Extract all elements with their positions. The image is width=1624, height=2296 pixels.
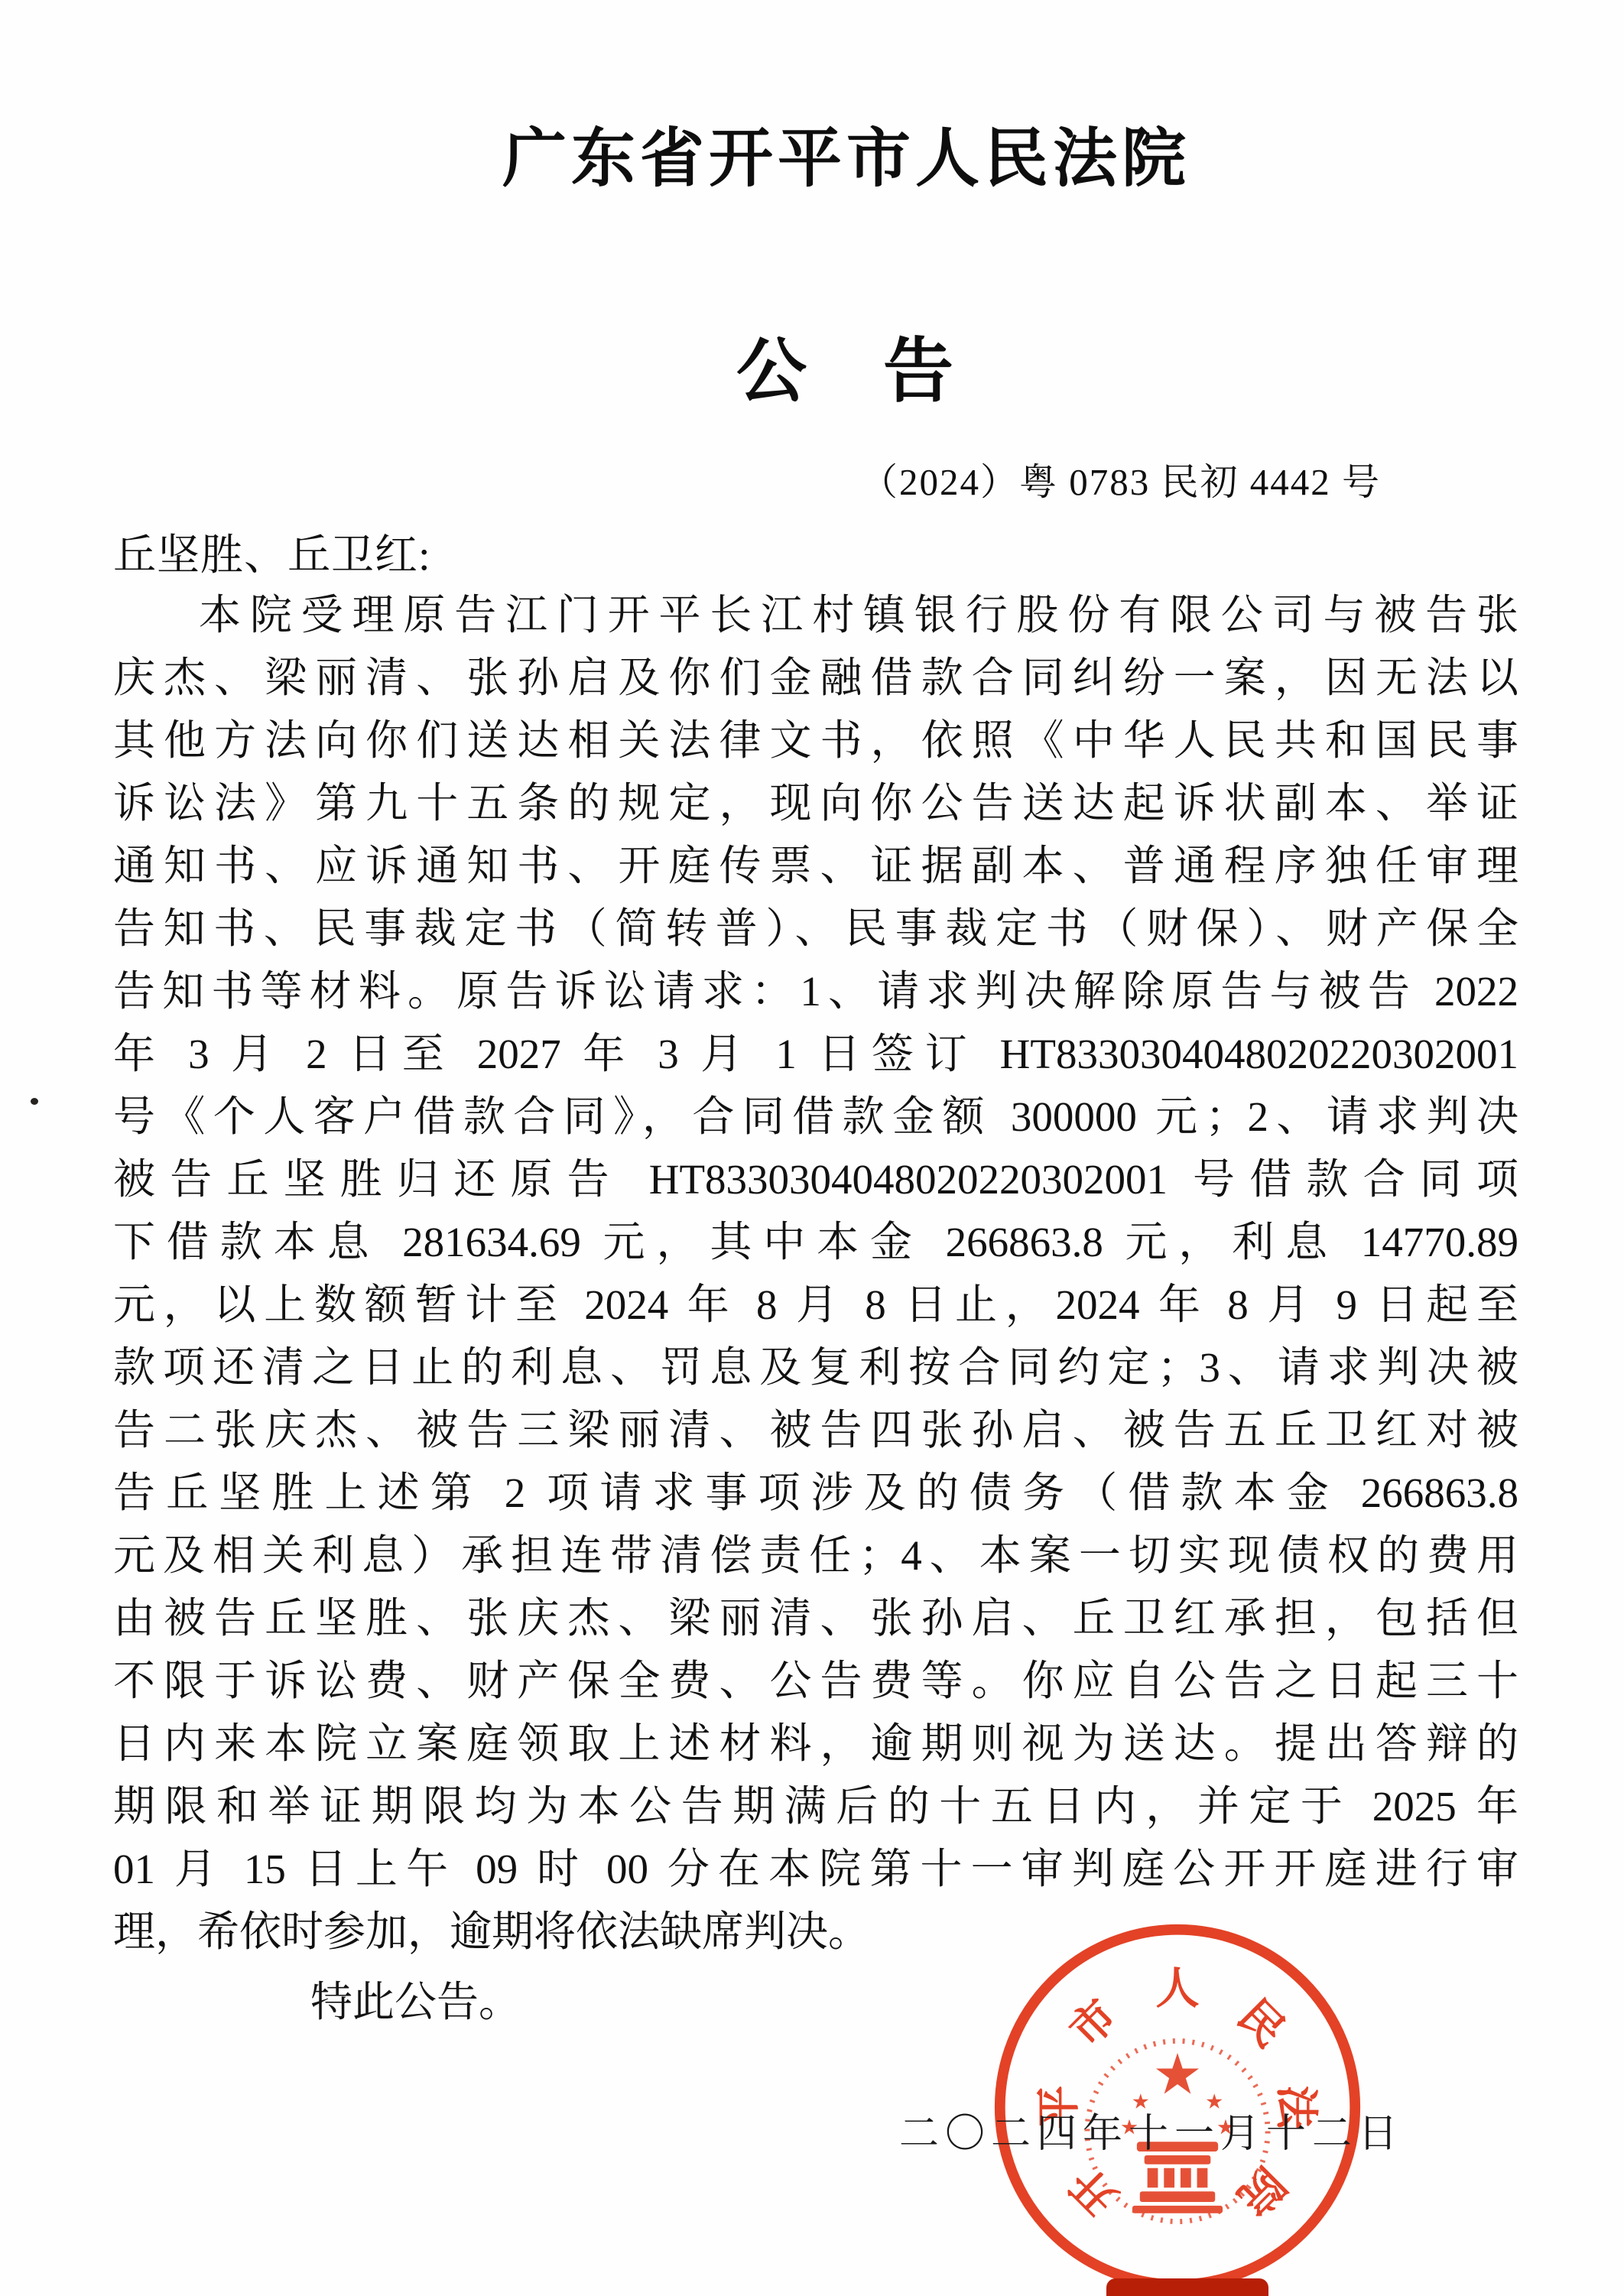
body-line: 年 3 月 2 日至 2027 年 3 月 1 日签订 HT8330304048…	[113, 1023, 1518, 1086]
body-line: 庆杰、梁丽清、张孙启及你们金融借款合同纠纷一案，因无法以	[113, 647, 1518, 710]
seal-char: 市	[1061, 1991, 1126, 2056]
body-line: 01 月 15 日上午 09 时 00 分在本院第十一审判庭公开开庭进行审	[113, 1838, 1518, 1901]
ink-speck	[31, 1098, 38, 1105]
addressee-names: 丘坚胜、丘卫红:	[113, 521, 431, 583]
body-line: 元，以上数额暂计至 2024 年 8 月 8 日止，2024 年 8 月 9 日…	[113, 1274, 1518, 1336]
seal-text-arc: 开平市人民法院	[1035, 1965, 1320, 2223]
seal-char: 民	[1229, 1991, 1294, 2056]
closing-line: 特此公告。	[113, 1971, 521, 2034]
seal-char: 人	[1155, 1965, 1199, 2013]
body-line: 其他方法向你们送达相关法律文书，依照《中华人民共和国民事	[113, 710, 1518, 772]
body-line: 不限于诉讼费、财产保全费、公告费等。你应自公告之日起三十	[113, 1650, 1518, 1713]
body-line: 告知书、民事裁定书（简转普）、民事裁定书（财保）、财产保全	[113, 898, 1518, 960]
body-line: 日内来本院立案庭领取上述材料，逾期则视为送达。提出答辩的	[113, 1713, 1518, 1775]
case-number: （2024）粤 0783 民初 4442 号	[860, 453, 1381, 506]
court-notice-page: 广东省开平市人民法院 公 告 （2024）粤 0783 民初 4442 号 丘坚…	[0, 0, 1624, 2296]
seal-char: 院	[1229, 2158, 1294, 2223]
ink-blob	[1106, 2278, 1268, 2296]
body-line: 本院受理原告江门开平长江村镇银行股份有限公司与被告张	[113, 584, 1518, 647]
body-line: 由被告丘坚胜、张庆杰、梁丽清、张孙启、丘卫红承担，包括但	[113, 1587, 1518, 1650]
body-line: 告丘坚胜上述第 2 项请求事项涉及的债务（借款本金 266863.8	[113, 1462, 1518, 1525]
notice-title: 公 告	[0, 315, 1624, 416]
body-line: 告二张庆杰、被告三梁丽清、被告四张孙启、被告五丘卫红对被	[113, 1399, 1518, 1462]
body-text: 本院受理原告江门开平长江村镇银行股份有限公司与被告张庆杰、梁丽清、张孙启及你们金…	[113, 584, 1518, 1963]
body-line: 被告丘坚胜归还原告 HT8330304048020220302001 号借款合同…	[113, 1148, 1518, 1211]
date-line: 二〇二四年十一月十二日	[899, 2101, 1404, 2158]
body-line: 款项还清之日止的利息、罚息及复利按合同约定；3、请求判决被	[113, 1336, 1518, 1399]
body-line: 元及相关利息）承担连带清偿责任；4、本案一切实现债权的费用	[113, 1525, 1518, 1587]
body-line: 下借款本息 281634.69 元，其中本金 266863.8 元，利息 147…	[113, 1211, 1518, 1274]
body-line: 诉讼法》第九十五条的规定，现向你公告送达起诉状副本、举证	[113, 772, 1518, 835]
body-line: 号《个人客户借款合同》，合同借款金额 300000 元；2、请求判决	[113, 1086, 1518, 1148]
court-name-heading: 广东省开平市人民法院	[0, 107, 1624, 200]
body-line: 期限和举证期限均为本公告期满后的十五日内，并定于 2025 年	[113, 1775, 1518, 1838]
body-line: 告知书等材料。原告诉讼请求：1、请求判决解除原告与被告 2022	[113, 960, 1518, 1023]
body-line: 通知书、应诉通知书、开庭传票、证据副本、普通程序独任审理	[113, 835, 1518, 898]
